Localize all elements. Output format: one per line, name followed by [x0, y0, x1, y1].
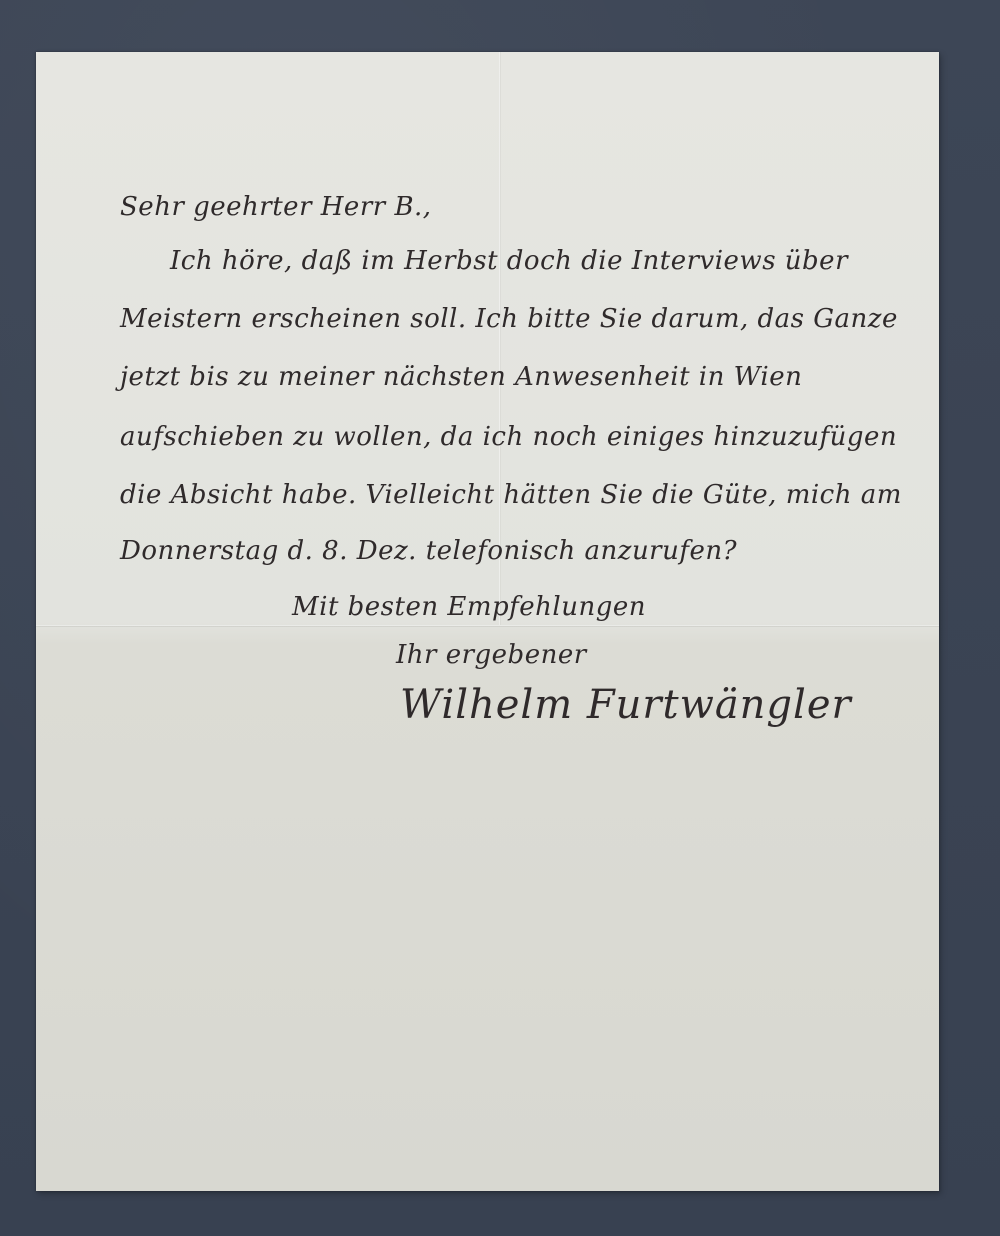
- body-line-1: Ich höre, daß im Herbst doch die Intervi…: [170, 246, 848, 276]
- body-line-3: jetzt bis zu meiner nächsten Anwesenheit…: [120, 362, 802, 392]
- body-line-2: Meistern erscheinen soll. Ich bitte Sie …: [120, 304, 898, 334]
- letter-sheet: Sehr geehrter Herr B., Ich höre, daß im …: [36, 52, 939, 1191]
- signature: Wilhelm Furtwängler: [400, 682, 852, 728]
- body-line-6: Donnerstag d. 8. Dez. telefonisch anzuru…: [120, 536, 737, 566]
- horizontal-fold-crease: [36, 625, 939, 627]
- closing: Mit besten Empfehlungen: [292, 592, 646, 622]
- closing-2: Ihr ergebener: [396, 640, 587, 670]
- salutation: Sehr geehrter Herr B.,: [120, 192, 432, 222]
- body-line-5: die Absicht habe. Vielleicht hätten Sie …: [120, 480, 902, 510]
- body-line-4: aufschieben zu wollen, da ich noch einig…: [120, 422, 897, 452]
